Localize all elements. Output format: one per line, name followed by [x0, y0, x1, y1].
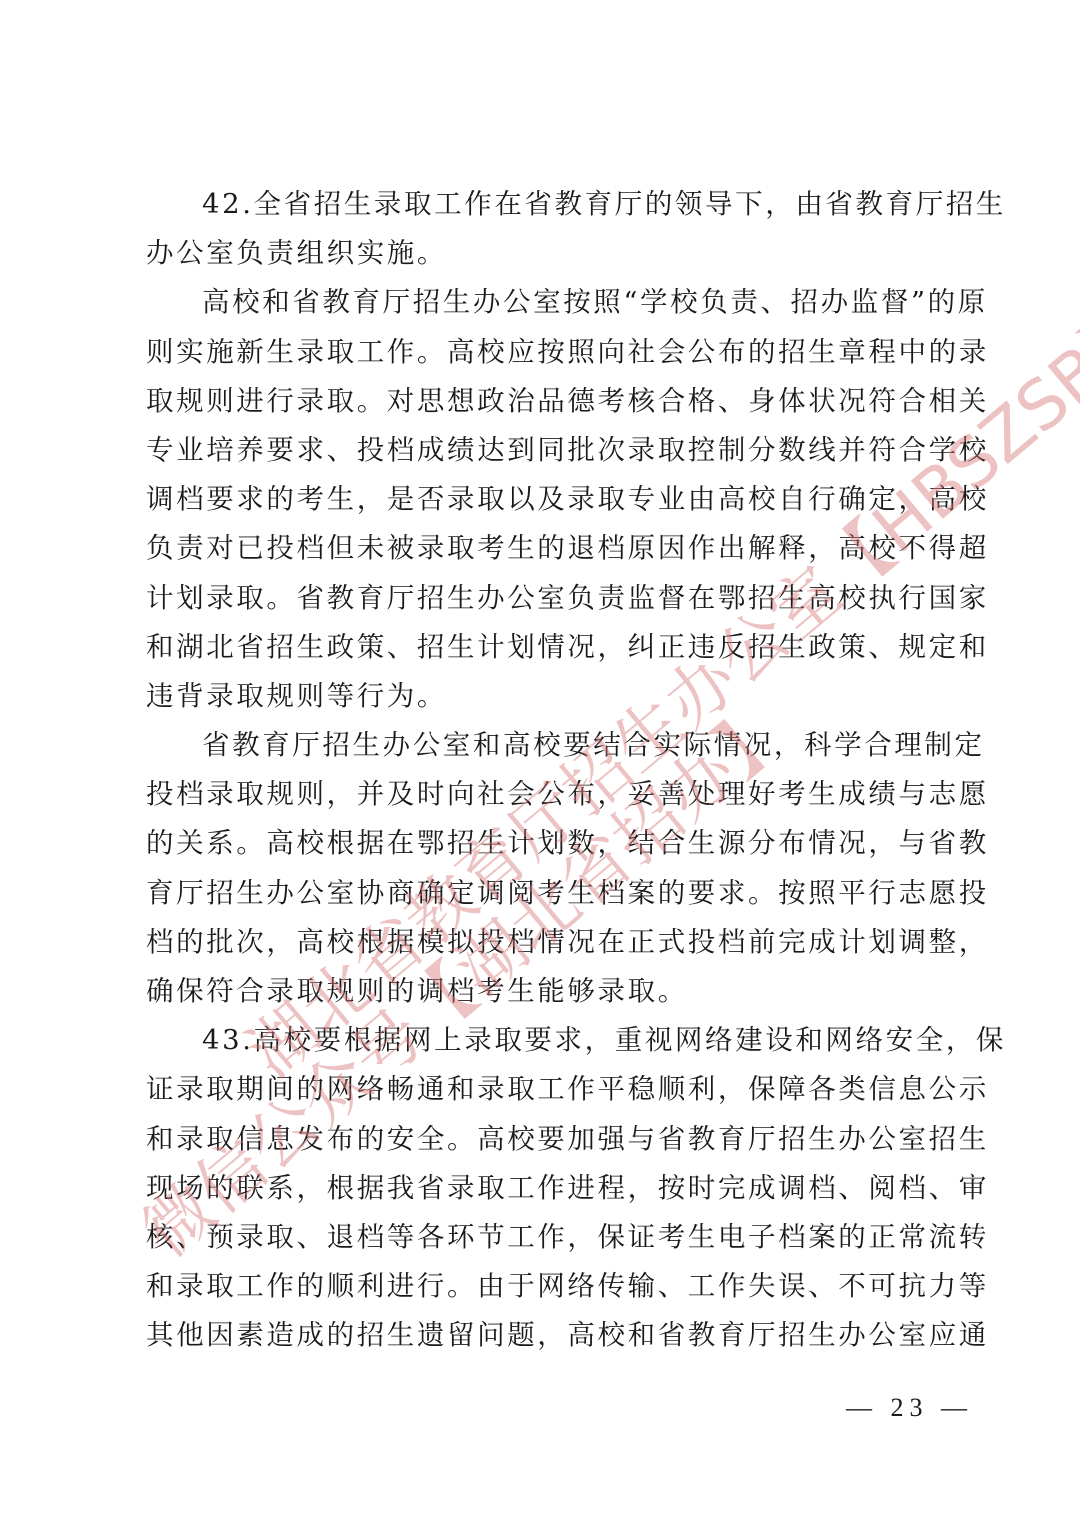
text-line: 档的批次，高校根据模拟投档情况在正式投档前完成计划调整， [146, 918, 946, 967]
body-text: 42.全省招生录取工作在省教育厅的领导下，由省教育厅招生办公室负责组织实施。高校… [146, 180, 946, 1361]
text-line: 专业培养要求、投档成绩达到同批次录取控制分数线并符合学校 [146, 426, 946, 475]
text-line: 确保符合录取规则的调档考生能够录取。 [146, 967, 946, 1016]
text-line: 省教育厅招生办公室和高校要结合实际情况，科学合理制定 [146, 721, 946, 770]
text-line: 则实施新生录取工作。高校应按照向社会公布的招生章程中的录 [146, 328, 946, 377]
text-line: 和录取信息发布的安全。高校要加强与省教育厅招生办公室招生 [146, 1115, 946, 1164]
text-line: 办公室负责组织实施。 [146, 229, 946, 278]
text-line: 负责对已投档但未被录取考生的退档原因作出解释，高校不得超 [146, 524, 946, 573]
text-line: 现场的联系，根据我省录取工作进程，按时完成调档、阅档、审 [146, 1164, 946, 1213]
document-page: 42.全省招生录取工作在省教育厅的领导下，由省教育厅招生办公室负责组织实施。高校… [0, 0, 1080, 1527]
text-line: 其他因素造成的招生遗留问题，高校和省教育厅招生办公室应通 [146, 1311, 946, 1360]
text-line: 高校和省教育厅招生办公室按照“学校负责、招办监督”的原 [146, 278, 946, 327]
text-line: 证录取期间的网络畅通和录取工作平稳顺利，保障各类信息公示 [146, 1065, 946, 1114]
text-line: 42.全省招生录取工作在省教育厅的领导下，由省教育厅招生 [146, 180, 946, 229]
text-line: 核、预录取、退档等各环节工作，保证考生电子档案的正常流转 [146, 1213, 946, 1262]
text-line: 43.高校要根据网上录取要求，重视网络建设和网络安全，保 [146, 1016, 946, 1065]
text-line: 计划录取。省教育厅招生办公室负责监督在鄂招生高校执行国家 [146, 574, 946, 623]
text-line: 调档要求的考生，是否录取以及录取专业由高校自行确定，高校 [146, 475, 946, 524]
page-number: — 23 — [846, 1393, 973, 1423]
text-line: 的关系。高校根据在鄂招生计划数，结合生源分布情况，与省教 [146, 819, 946, 868]
text-line: 和录取工作的顺利进行。由于网络传输、工作失误、不可抗力等 [146, 1262, 946, 1311]
text-line: 取规则进行录取。对思想政治品德考核合格、身体状况符合相关 [146, 377, 946, 426]
text-line: 育厅招生办公室协商确定调阅考生档案的要求。按照平行志愿投 [146, 869, 946, 918]
text-line: 和湖北省招生政策、招生计划情况，纠正违反招生政策、规定和 [146, 623, 946, 672]
text-line: 违背录取规则等行为。 [146, 672, 946, 721]
text-line: 投档录取规则，并及时向社会公布，妥善处理好考生成绩与志愿 [146, 770, 946, 819]
